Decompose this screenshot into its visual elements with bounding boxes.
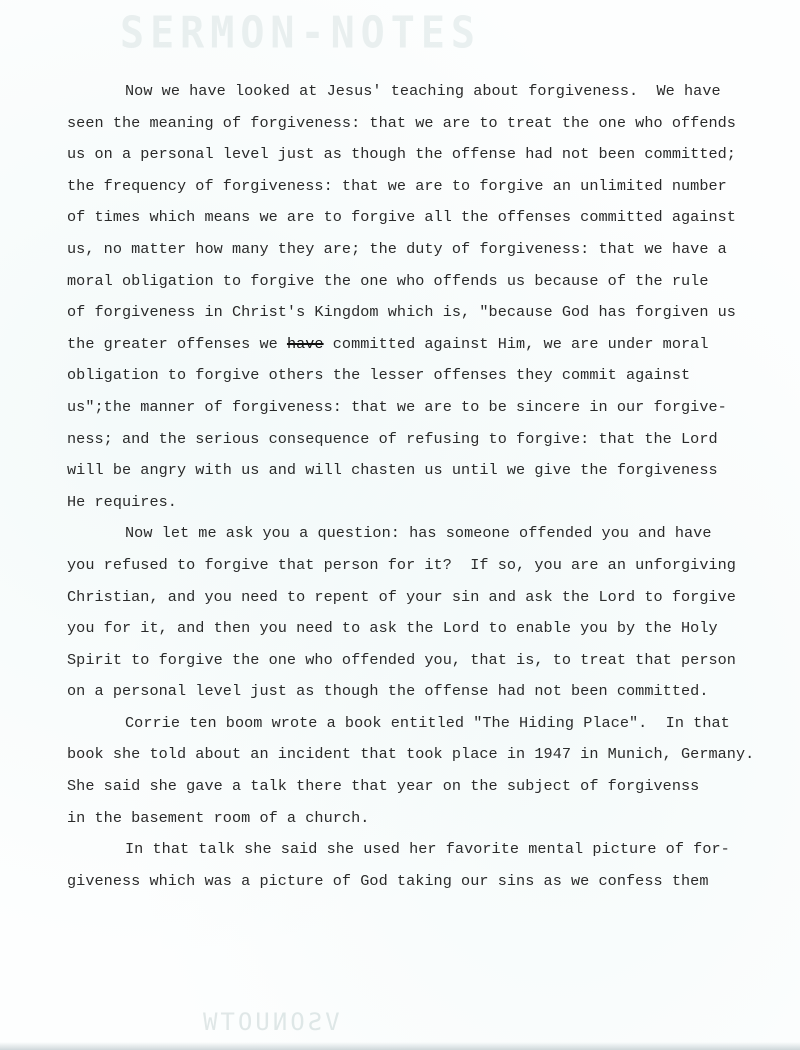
text-line: in the basement room of a church. — [67, 803, 787, 835]
text-line: us on a personal level just as though th… — [67, 139, 787, 171]
typewritten-body: Now we have looked at Jesus' teaching ab… — [67, 76, 787, 897]
text-line: of times which means we are to forgive a… — [67, 202, 787, 234]
text-line: obligation to forgive others the lesser … — [67, 360, 787, 392]
text-line: will be angry with us and will chasten u… — [67, 455, 787, 487]
text-line: giveness which was a picture of God taki… — [67, 866, 787, 898]
paragraph: Now we have looked at Jesus' teaching ab… — [67, 76, 787, 518]
text-line: of forgiveness in Christ's Kingdom which… — [67, 297, 787, 329]
struck-out-word: have — [287, 335, 324, 353]
text-line: Corrie ten boom wrote a book entitled "T… — [67, 708, 787, 740]
text-line: seen the meaning of forgiveness: that we… — [67, 108, 787, 140]
text-line: Now let me ask you a question: has someo… — [67, 518, 787, 550]
bleed-through-heading: SERMON-NOTES — [120, 8, 481, 59]
text-line: the frequency of forgiveness: that we ar… — [67, 171, 787, 203]
paragraph: In that talk she said she used her favor… — [67, 834, 787, 897]
paragraph: Now let me ask you a question: has someo… — [67, 518, 787, 708]
text-line: She said she gave a talk there that year… — [67, 771, 787, 803]
text-line: moral obligation to forgive the one who … — [67, 266, 787, 298]
text-segment: committed against Him, we are under mora… — [324, 335, 709, 353]
text-line: on a personal level just as though the o… — [67, 676, 787, 708]
text-line: book she told about an incident that too… — [67, 739, 787, 771]
text-segment: the greater offenses we — [67, 335, 287, 353]
text-line: Spirit to forgive the one who offended y… — [67, 645, 787, 677]
text-line: us";the manner of forgiveness: that we a… — [67, 392, 787, 424]
text-line: Christian, and you need to repent of you… — [67, 582, 787, 614]
text-line: Now we have looked at Jesus' teaching ab… — [67, 76, 787, 108]
text-line: He requires. — [67, 487, 787, 519]
text-line: you for it, and then you need to ask the… — [67, 613, 787, 645]
text-line: us, no matter how many they are; the dut… — [67, 234, 787, 266]
bleed-through-footer: VSONUOTW — [200, 1008, 340, 1036]
text-line: you refused to forgive that person for i… — [67, 550, 787, 582]
paragraph: Corrie ten boom wrote a book entitled "T… — [67, 708, 787, 834]
scan-edge-shadow — [0, 1042, 800, 1050]
text-line: the greater offenses we have committed a… — [67, 329, 787, 361]
text-line: ness; and the serious consequence of ref… — [67, 424, 787, 456]
text-line: In that talk she said she used her favor… — [67, 834, 787, 866]
document-page: SERMON-NOTES VSONUOTW Now we have looked… — [0, 0, 800, 1050]
